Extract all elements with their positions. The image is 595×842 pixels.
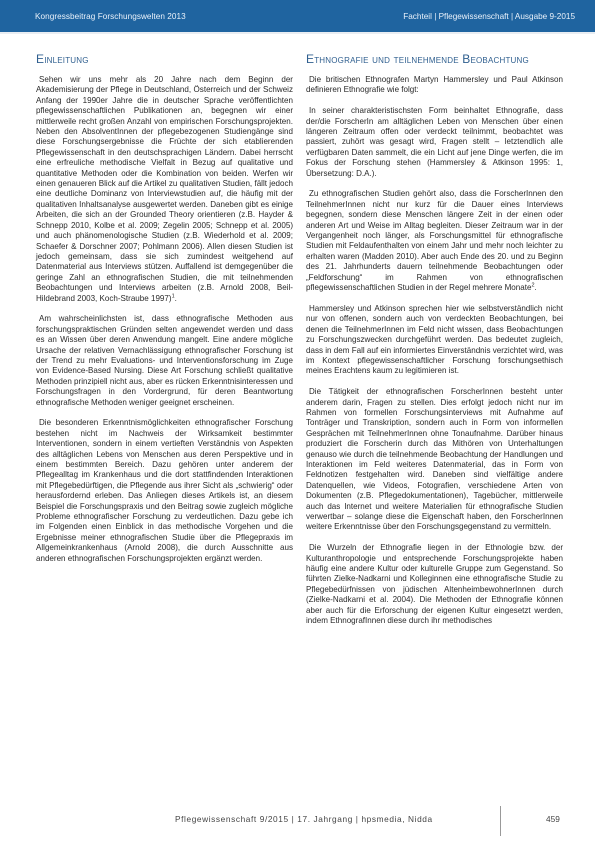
section-heading-ethnografie: Ethnografie und teilnehmende Beobachtung <box>306 52 529 66</box>
page-footer: Pflegewissenschaft 9/2015 | 17. Jahrgang… <box>0 812 595 842</box>
paragraph: Hammersley und Atkinson sprechen hier wi… <box>306 304 563 377</box>
paragraph: Zu ethnografischen Studien gehört also, … <box>306 189 563 293</box>
paragraph: Die britischen Ethnografen Martyn Hammer… <box>306 75 563 96</box>
section-heading-einleitung: Einleitung <box>36 52 89 66</box>
paragraph-text: Sehen wir uns mehr als 20 Jahre nach dem… <box>36 75 293 303</box>
header-conference-label: Kongressbeitrag Forschungswelten 2013 <box>35 12 186 21</box>
paragraph-tail: . <box>175 294 177 303</box>
page-number: 459 <box>546 814 560 824</box>
right-text-column: Die britischen Ethnografen Martyn Hammer… <box>306 75 563 637</box>
paragraph: Die Wurzeln der Ethnografie liegen in de… <box>306 543 563 626</box>
paragraph: Am wahrscheinlichsten ist, dass ethnogra… <box>36 314 293 408</box>
paragraph-text: Zu ethnografischen Studien gehört also, … <box>306 189 563 292</box>
running-header: Kongressbeitrag Forschungswelten 2013 Fa… <box>0 0 595 34</box>
paragraph-tail: . <box>535 283 537 292</box>
footer-journal-info: Pflegewissenschaft 9/2015 | 17. Jahrgang… <box>175 814 433 824</box>
header-section-label: Fachteil | Pflegewissenschaft | Ausgabe … <box>403 12 575 21</box>
paragraph: Sehen wir uns mehr als 20 Jahre nach dem… <box>36 75 293 304</box>
block-quote: In seiner charakteristischsten Form bein… <box>306 106 563 179</box>
left-text-column: Sehen wir uns mehr als 20 Jahre nach dem… <box>36 75 293 574</box>
paragraph: Die Tätigkeit der ethnografischen Forsch… <box>306 387 563 533</box>
footer-divider <box>500 806 501 836</box>
paragraph: Die besonderen Erkenntnismöglichkeiten e… <box>36 418 293 564</box>
